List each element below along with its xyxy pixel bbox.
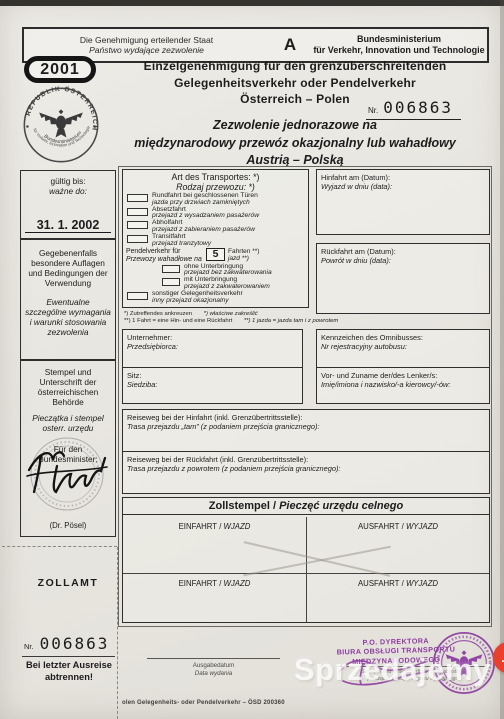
- nr-value: 006863: [383, 98, 453, 117]
- sitz-de: Sitz:: [127, 371, 141, 380]
- hinfahrt-pl: Wyjazd w dniu (data):: [321, 182, 392, 191]
- unternehmer-pl: Przedsiębiorca:: [127, 342, 178, 351]
- valid-until-de: gültig bis:: [25, 176, 111, 186]
- wyjazd-label: WYJAZD: [406, 522, 438, 531]
- detach-line2: abtrennen!: [12, 672, 126, 684]
- scan-edge-right: [500, 0, 504, 719]
- return-date-box: Rückfahrt am (Datum): Powrót w dniu (dat…: [316, 243, 490, 314]
- ausfahrt-label: AUSFAHRT: [358, 522, 406, 531]
- polish-round-stamp-icon: [430, 629, 498, 702]
- scan-edge-top: [0, 0, 504, 6]
- route-return-box: Reiseweg bei der Rückfahrt (inkl. Grenzü…: [122, 451, 490, 494]
- pendel-de: Pendelverkehr für: [126, 248, 180, 255]
- customs-cell-exit-1: AUSFAHRTWYJAZD: [306, 517, 489, 573]
- ministry-name: Bundesministerium für Verkehr, Innovatio…: [311, 34, 487, 56]
- year-badge: 2001: [24, 56, 96, 83]
- outbound-date-box: Hinfahrt am (Datum): Wyjazd w dniu (data…: [316, 169, 490, 235]
- transport-option: Transitfahrt przejazd tranzytowy: [126, 234, 305, 247]
- transport-sub-option: ohne Unterbringung przejazd bez zakwater…: [161, 264, 305, 277]
- route-hin-de: Reiseweg bei der Hinfahrt (inkl. Grenzüb…: [127, 413, 302, 422]
- sub-option-pl: przejazd z zakwaterowaniem: [184, 283, 270, 290]
- customs-cell-entry-2: EINFAHRTWJAZD: [123, 573, 306, 622]
- kennzeichen-de: Kennzeichen des Omnibusses:: [321, 333, 423, 342]
- wjazd-label: WJAZD: [224, 522, 251, 531]
- transport-type-box: Art des Transportes: *) Rodzaj przewozu:…: [122, 169, 309, 308]
- operator-box: Unternehmer: Przedsiębiorca: Sitz: Siedz…: [122, 329, 303, 404]
- detach-line1: Bei letzter Ausreise: [12, 660, 126, 672]
- checkbox: [162, 265, 180, 273]
- kennzeichen-pl: Nr rejestracyjny autobusu:: [321, 342, 407, 351]
- ministry-line1: Bundesministerium: [311, 34, 487, 45]
- authority-stamp-de: Stempel und Unterschrift der österreichi…: [25, 367, 111, 407]
- ausgabedatum-de: Ausgabedatum: [147, 662, 280, 670]
- option-pl: przejazd z zabieraniem pasażerów: [152, 226, 255, 233]
- option-pl: jazda przy drzwiach zamkniętych: [152, 199, 250, 206]
- transport-option: Abholfahrt przejazd z zabieraniem pasaże…: [126, 220, 305, 233]
- title-de-line1: Einzelgenehmigung für den grenzüberschre…: [100, 58, 490, 75]
- sitz-pl: Siedziba:: [127, 380, 157, 389]
- lenker-de: Vor- und Zuname der/des Lenker/s:: [321, 371, 437, 380]
- valid-until-date: 31. 1. 2002: [25, 220, 111, 233]
- title-polish: Zezwolenie jednorazowe na międzynarodowy…: [100, 117, 490, 170]
- seat-field: Sitz: Siedziba:: [123, 367, 302, 404]
- issuing-state-pl: Państwo wydające zezwolenie: [24, 45, 269, 56]
- rueckfahrt-de: Rückfahrt am (Datum):: [321, 247, 396, 256]
- einfahrt-label: EINFAHRT: [179, 579, 224, 588]
- conditions-de: Gegebenenfalls besondere Auflagen und Be…: [25, 248, 111, 288]
- einfahrt-label: EINFAHRT: [179, 522, 224, 531]
- driver-field: Vor- und Zuname der/des Lenker/s: Imię/i…: [317, 367, 489, 404]
- wyjazd-label: WYJAZD: [406, 579, 438, 588]
- checkbox: [127, 292, 148, 300]
- rueckfahrt-pl: Powrót w dniu (data):: [321, 256, 391, 265]
- footnote-2-pl: **) 1 jazda = jazda tam i z powrotem: [244, 318, 338, 324]
- issuing-state-de: Die Genehmigung erteilender Staat: [24, 35, 269, 46]
- validity-box: gültig bis: ważne do: 31. 1. 2002: [20, 170, 116, 240]
- title-de-line2: Gelegenheitsverkehr oder Pendelverkehr: [100, 75, 490, 92]
- footnote-2-de: **) 1 Fahrt = eine Hin- und eine Rückfah…: [124, 318, 232, 324]
- bus-driver-box: Kennzeichen des Omnibusses: Nr rejestrac…: [316, 329, 490, 404]
- nr-label: Nr.: [368, 106, 378, 115]
- transport-option: Absetzfahrt przejazd z wysadzaniem pasaż…: [126, 207, 305, 220]
- plate-field: Kennzeichen des Omnibusses: Nr rejestrac…: [317, 330, 489, 367]
- ausgabedatum-pl: Data wydania: [147, 670, 280, 678]
- footnote-1-pl: *) właściwe zakreślić: [204, 311, 258, 317]
- pendel-unit-pl: jazd **): [228, 255, 249, 262]
- title-pl-line2: międzynarodowy przewóz okazjonalny lub w…: [100, 135, 490, 153]
- wjazd-label: WJAZD: [224, 579, 251, 588]
- customs-heading-de: Zollstempel: [209, 500, 279, 512]
- permit-number-bottom: Nr. 006863: [22, 634, 115, 657]
- footnote-1-de: *) Zutreffendes ankreuzen: [124, 311, 192, 317]
- route-rueck-de: Reiseweg bei der Rückfahrt (inkl. Grenzü…: [127, 455, 308, 464]
- checkbox: [127, 235, 148, 243]
- nr-value: 006863: [40, 634, 110, 653]
- hinfahrt-de: Hinfahrt am (Datum):: [321, 173, 390, 182]
- sub-option-pl: przejazd bez zakwaterowania: [184, 269, 272, 276]
- austrian-eagle-emblem-icon: REPUBLIK ÖSTERREICH für Verkehr, Innovat…: [22, 86, 100, 164]
- checkbox: [127, 221, 148, 229]
- option-pl: przejazd tranzytowy: [152, 240, 211, 247]
- conditions-pl: Ewentualne szczególne wymagania i warunk…: [25, 297, 111, 337]
- ausfahrt-label: AUSFAHRT: [358, 579, 406, 588]
- authority-stamp-pl: Pieczątka i stempel osterr. urzędu: [25, 413, 111, 433]
- scanned-permit-document: Die Genehmigung erteilender Staat Państw…: [0, 0, 504, 719]
- valid-until-pl: ważne do:: [25, 186, 111, 196]
- lenker-pl: Imię/imiona i nazwisko/-a kierowcy/-ów:: [321, 380, 450, 389]
- left-column: gültig bis: ważne do: 31. 1. 2002 Gegebe…: [20, 170, 116, 537]
- issuing-state-label: Die Genehmigung erteilender Staat Państw…: [24, 35, 269, 56]
- pendel-row: Pendelverkehr für Przewozy wahadłowe na …: [126, 248, 305, 263]
- minister-signature: [21, 436, 113, 514]
- authority-stamp-box: Stempel und Unterschrift der österreichi…: [20, 359, 116, 537]
- sub-option-pl: inny przejazd okazjonalny: [152, 297, 229, 304]
- transport-sub-option: mit Unterbringung przejazd z zakwaterowa…: [161, 277, 305, 290]
- signer-name: (Dr. Pösel): [21, 521, 115, 531]
- detach-note: Bei letzter Ausreise abtrennen!: [12, 660, 126, 683]
- issue-date-label: Ausgabedatum Data wydania: [147, 662, 280, 677]
- customs-grid: EINFAHRTWJAZD AUSFAHRTWYJAZD EINFAHRTWJA…: [123, 517, 489, 622]
- unternehmer-de: Unternehmer:: [127, 333, 172, 342]
- ministry-line2: für Verkehr, Innovation und Technologie: [311, 45, 487, 56]
- customs-stamp-box: ZollstempelPieczęć urzędu celnego EINFAH…: [122, 497, 490, 623]
- pendel-trips-value: 5: [206, 248, 225, 261]
- issue-date-line: [147, 646, 280, 659]
- zollamt-label: ZOLLAMT: [20, 577, 116, 589]
- transport-option: Rundfahrt bei geschlossenen Türen jazda …: [126, 193, 305, 206]
- footnote-2: **) 1 Fahrt = eine Hin- und eine Rückfah…: [124, 318, 364, 325]
- transport-sub-option: sonstiger Gelegenheitsverkehr inny przej…: [126, 291, 305, 304]
- option-pl: przejazd z wysadzaniem pasażerów: [152, 212, 259, 219]
- customs-cell-exit-2: AUSFAHRTWYJAZD: [306, 573, 489, 622]
- nr-label: Nr.: [24, 642, 34, 651]
- title-pl-line1: Zezwolenie jednorazowe na: [100, 117, 490, 135]
- checkbox: [127, 194, 148, 202]
- route-hin-pl: Trasa przejazdu „tam” (z podaniem przejś…: [127, 422, 320, 431]
- conditions-box: Gegebenenfalls besondere Auflagen und Be…: [20, 238, 116, 361]
- country-code: A: [269, 35, 311, 55]
- checkbox: [162, 278, 180, 286]
- route-rueck-pl: Trasa przejazdu z powrotem (z podaniem p…: [127, 464, 340, 473]
- customs-heading-pl: Pieczęć urzędu celnego: [279, 500, 403, 512]
- checkbox: [127, 208, 148, 216]
- perforation-horizontal: [2, 546, 117, 547]
- operator-field: Unternehmer: Przedsiębiorca:: [123, 330, 302, 367]
- route-outbound-box: Reiseweg bei der Hinfahrt (inkl. Grenzüb…: [122, 409, 490, 452]
- pendel-unit-de: Fahrten **): [228, 248, 259, 255]
- customs-cell-entry-1: EINFAHRTWJAZD: [123, 517, 306, 573]
- form-footer-code: olen Gelegenheits- oder Pendelverkehr – …: [122, 700, 285, 706]
